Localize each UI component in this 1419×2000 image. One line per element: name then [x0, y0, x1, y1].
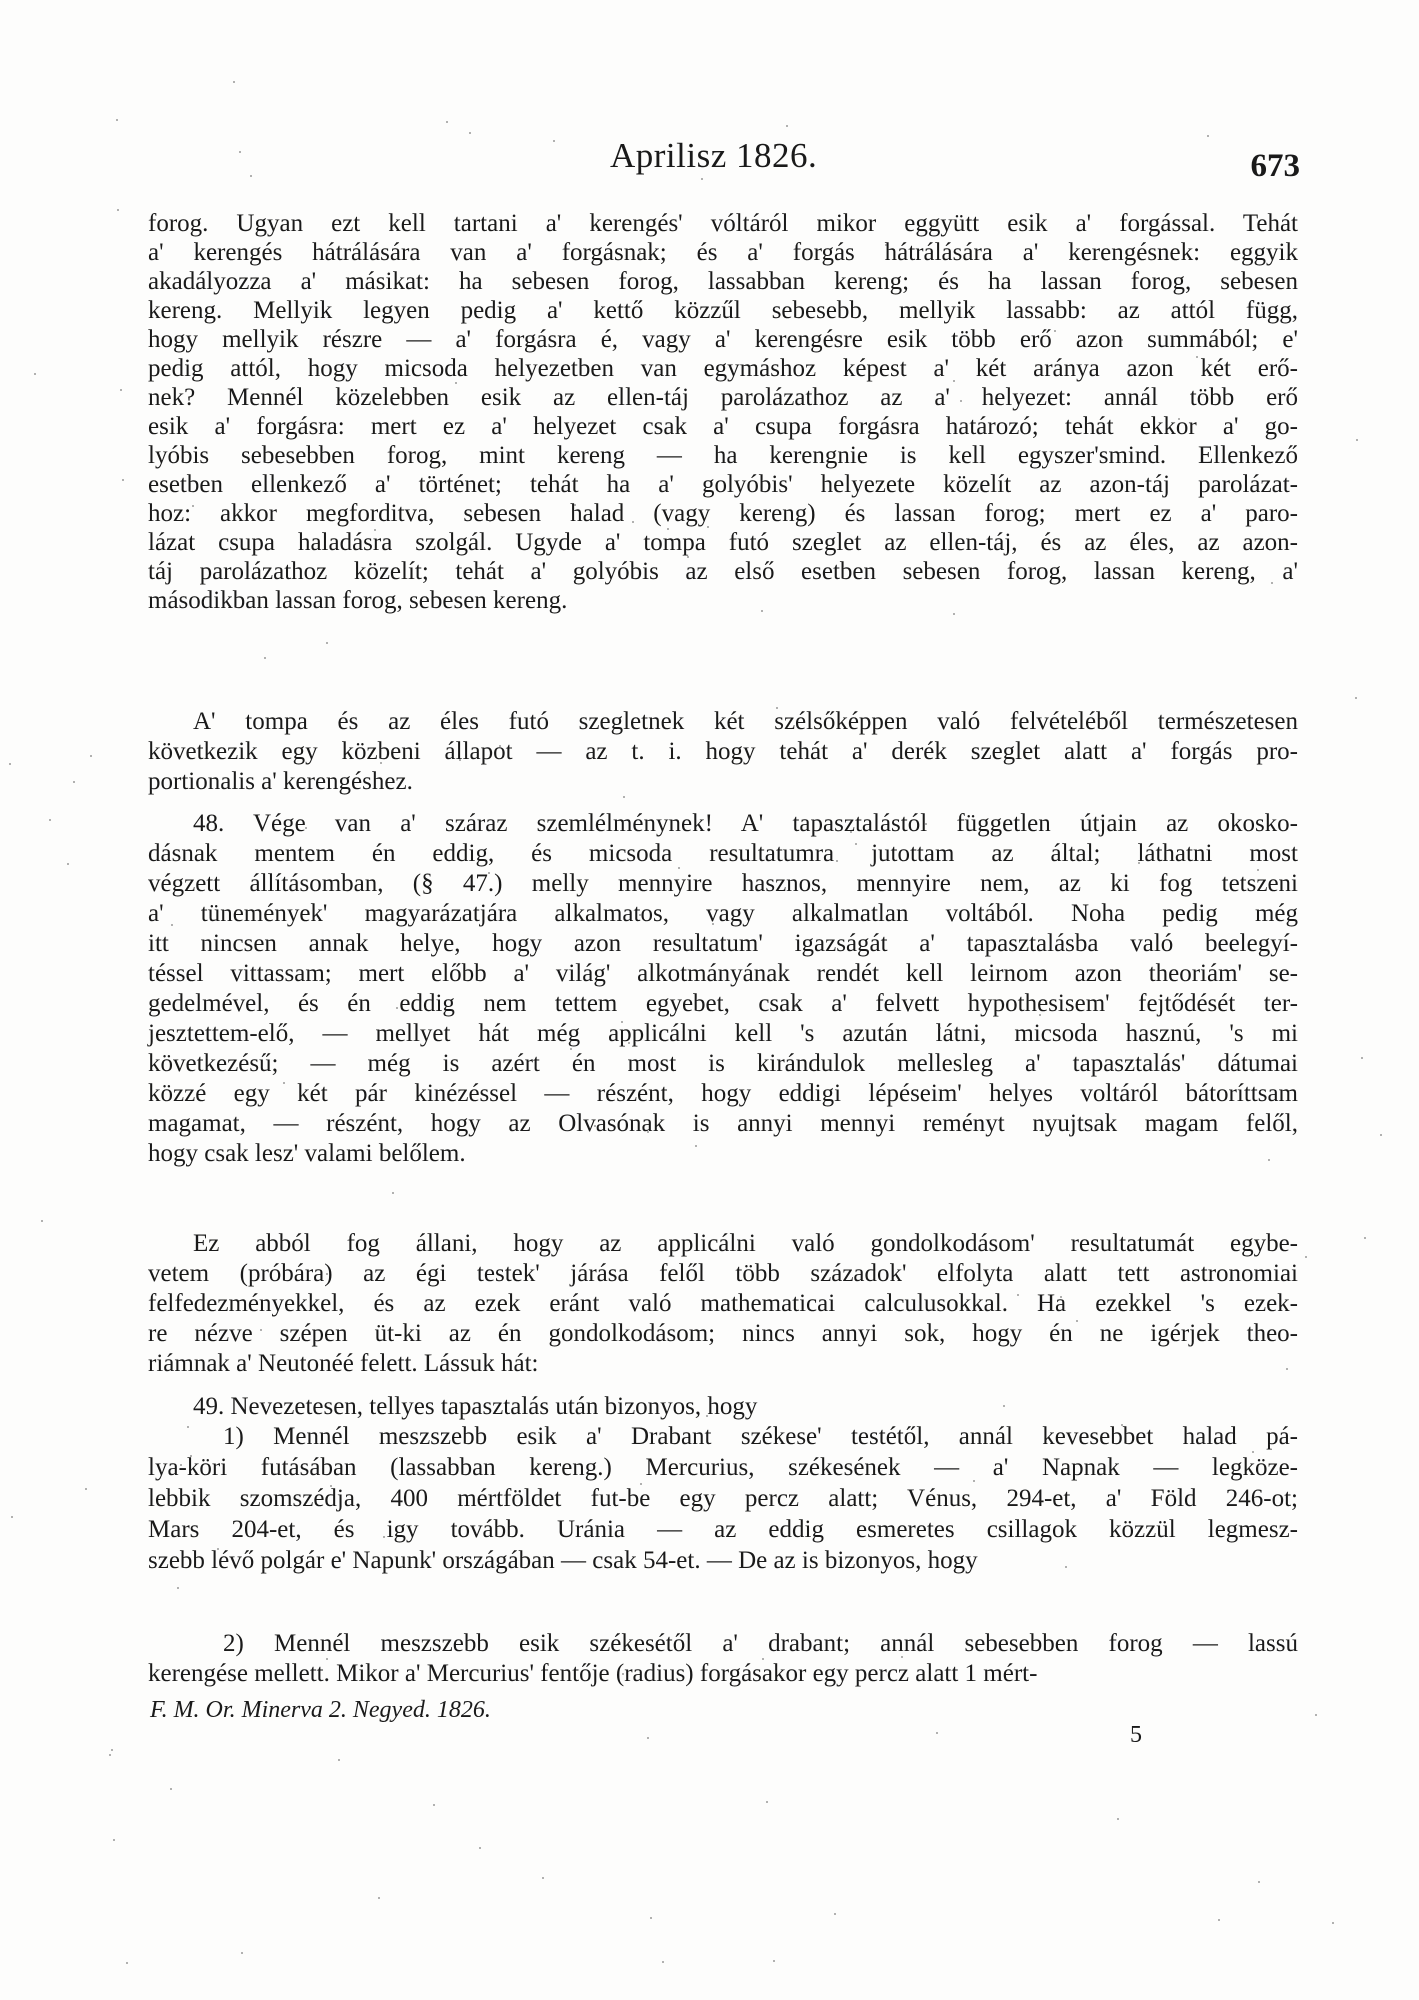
text-line: lázat csupa haladásra szolgál. Ugyde a' … [148, 529, 1298, 557]
scan-speck [707, 526, 709, 528]
scan-speck [489, 520, 491, 522]
text-line: vetem (próbára) az égi testek' járása fe… [148, 1260, 1298, 1288]
text-line: esik a' forgásra: mert ez a' helyezet cs… [148, 413, 1298, 441]
scan-speck [776, 707, 778, 709]
text-line: lya-köri futásában (lassabban kereng.) M… [148, 1454, 1298, 1482]
scan-speck [378, 1897, 380, 1899]
scan-speck [795, 1005, 797, 1007]
scan-speck [1121, 1424, 1123, 1426]
text-line: 48. Vége van a' száraz szemlélménynek! A… [148, 810, 1298, 838]
scan-speck [687, 556, 689, 558]
scan-speck [479, 1847, 481, 1849]
scan-speck [170, 1788, 172, 1790]
scan-speck [960, 400, 962, 402]
scan-speck [187, 1426, 189, 1428]
scan-speck [374, 529, 376, 531]
text-line: a' kerengés hátrálására van a' forgásnak… [148, 239, 1298, 267]
scan-speck [1257, 869, 1259, 871]
signature-mark: 5 [1130, 1722, 1142, 1749]
scan-speck [171, 924, 173, 926]
scan-speck [180, 1464, 182, 1466]
scan-speck [701, 178, 703, 180]
scan-speck [1076, 1320, 1078, 1322]
scan-speck [1380, 1134, 1382, 1136]
scan-speck [712, 923, 714, 925]
text-line: forog. Ugyan ezt kell tartani a' kerengé… [148, 210, 1298, 238]
scan-speck [241, 1952, 243, 1954]
scan-speck [761, 610, 763, 612]
scan-speck [1286, 1368, 1288, 1370]
scan-speck [1355, 697, 1357, 699]
text-line: másodikban lassan forog, sebesen kereng. [148, 587, 1298, 615]
scan-speck [1178, 418, 1180, 420]
text-line: kereng. Mellyik legyen pedig a' kettő kö… [148, 297, 1298, 325]
scan-speck [1315, 1714, 1317, 1716]
scan-speck [953, 380, 955, 382]
scan-speck [111, 1749, 113, 1751]
text-line: téssel vittassam; mert előbb a' világ' a… [148, 960, 1298, 988]
scan-speck [973, 1480, 975, 1482]
scan-speck [239, 151, 241, 153]
scan-speck [1121, 339, 1123, 341]
scan-speck [1356, 439, 1358, 441]
scan-speck [90, 755, 92, 757]
text-line: végzett állításomban, (§ 47.) melly menn… [148, 870, 1298, 898]
scan-speck [850, 831, 852, 833]
scan-speck [1252, 1451, 1254, 1453]
scan-speck [678, 867, 680, 869]
text-line: kerengése mellett. Mikor a' Mercurius' f… [148, 1660, 1298, 1688]
scan-speck [786, 125, 788, 127]
scan-speck [1117, 1818, 1119, 1820]
scan-speck [647, 1131, 649, 1133]
scan-speck [1039, 1014, 1041, 1016]
scan-speck [163, 543, 165, 545]
scan-speck [1017, 1294, 1019, 1296]
text-line: felfedezményekkel, és az ezek eránt való… [148, 1290, 1298, 1318]
scan-speck [632, 521, 634, 523]
text-line: hogy csak lesz' valami belőlem. [148, 1140, 1298, 1168]
scan-speck [396, 1007, 398, 1009]
scan-speck [647, 1737, 649, 1739]
scan-speck [283, 1082, 285, 1084]
scan-speck [831, 918, 833, 920]
scan-speck [553, 140, 555, 142]
text-line: lyóbis sebesebben forog, mint kereng — h… [148, 442, 1298, 470]
text-line: A' tompa és az éles futó szegletnek két … [148, 708, 1298, 736]
text-line: akadályozza a' másikat: ha sebesen forog… [148, 268, 1298, 296]
scan-speck [667, 528, 669, 530]
scan-speck [177, 1587, 179, 1589]
scan-speck [624, 223, 626, 225]
scan-speck [622, 1673, 624, 1675]
scan-speck [1258, 1881, 1260, 1883]
scan-speck [250, 175, 252, 177]
scan-speck [488, 872, 490, 874]
scan-speck [953, 613, 955, 615]
scan-speck [326, 1273, 328, 1275]
text-line: itt nincsen annak helye, hogy azon resul… [148, 930, 1298, 958]
text-line: portionalis a' kerengéshez. [148, 768, 1298, 796]
scan-speck [1277, 279, 1279, 281]
scan-speck [1138, 862, 1140, 864]
text-line: Mars 204-et, és igy tovább. Uránia — az … [148, 1516, 1298, 1544]
scan-speck [1054, 330, 1056, 332]
scan-speck [885, 244, 887, 246]
text-line: hogy mellyik részre — a' forgásra é, vag… [148, 326, 1298, 354]
scan-speck [1060, 1296, 1062, 1298]
scan-speck [380, 762, 382, 764]
scan-speck [1364, 1237, 1366, 1239]
text-line: 49. Nevezetesen, tellyes tapasztalás utá… [148, 1393, 1298, 1421]
scan-speck [126, 1962, 128, 1964]
text-line: esetben ellenkező a' történet; tehát ha … [148, 471, 1298, 499]
scan-speck [326, 1658, 328, 1660]
scan-speck [338, 1759, 340, 1761]
scan-speck [49, 819, 51, 821]
scanned-page: Aprilisz 1826. 673 forog. Ugyan ezt kell… [0, 0, 1419, 2000]
scan-speck [574, 504, 576, 506]
scan-speck [936, 1732, 938, 1734]
text-line: nek? Mennél közelebben esik az ellen-táj… [148, 384, 1298, 412]
scan-speck [1271, 582, 1273, 584]
scan-speck [695, 1145, 697, 1147]
scan-speck [1361, 1057, 1363, 1059]
running-title: Aprilisz 1826. [610, 136, 817, 176]
scan-speck [542, 1877, 544, 1879]
scan-speck [1268, 1159, 1270, 1161]
scan-speck [330, 1485, 332, 1487]
scan-speck [623, 796, 625, 798]
scan-speck [1332, 1922, 1334, 1924]
scan-speck [594, 1125, 596, 1127]
scan-speck [433, 1804, 435, 1806]
scan-speck [662, 1961, 664, 1963]
scan-speck [455, 382, 457, 384]
scan-speck [650, 1917, 652, 1919]
scan-speck [966, 1309, 968, 1311]
text-line: pedig attól, hogy micsoda helyezetben va… [148, 355, 1298, 383]
scan-speck [570, 1048, 572, 1050]
text-line: Ez abból fog állani, hogy az applicálni … [148, 1230, 1298, 1258]
scan-speck [41, 1220, 43, 1222]
scan-speck [192, 505, 194, 507]
scan-speck [901, 1656, 903, 1658]
scan-speck [459, 759, 461, 761]
scan-speck [932, 225, 934, 227]
scan-speck [109, 1754, 111, 1756]
scan-speck [766, 1801, 768, 1803]
scan-speck [1065, 1566, 1067, 1568]
scan-speck [1218, 1919, 1220, 1921]
scan-speck [190, 1455, 192, 1457]
scan-speck [572, 287, 574, 289]
scan-speck [116, 119, 118, 121]
page-header: Aprilisz 1826. 673 [150, 132, 1300, 192]
scan-speck [73, 781, 75, 783]
text-line: lebbik szomszédja, 400 mértföldet fut-be… [148, 1485, 1298, 1513]
scan-speck [469, 132, 471, 134]
scan-speck [939, 1027, 941, 1029]
text-line: 2) Mennél meszszebb esik székesétől a' d… [148, 1630, 1298, 1658]
text-line: jesztettem-elő, — mellyet hát még applic… [148, 1020, 1298, 1048]
scan-speck [1305, 1256, 1307, 1258]
text-line: riámnak a' Neutonéé felett. Lássuk hát: [148, 1350, 1298, 1378]
page-number: 673 [1251, 148, 1301, 185]
text-line: következésű; — még is azért én most is k… [148, 1050, 1298, 1078]
text-line: szebb lévő polgár e' Napunk' országában … [148, 1547, 1298, 1575]
scan-speck [834, 1913, 836, 1915]
text-line: a' tünemények' magyarázatjára alkalmatos… [148, 900, 1298, 928]
text-line: táj parolázathoz közelít; tehát a' golyó… [148, 558, 1298, 586]
scan-speck [473, 717, 475, 719]
scan-speck [446, 121, 448, 123]
text-line: re nézve szépen üt-ki az én gondolkodáso… [148, 1320, 1298, 1348]
scan-speck [85, 1488, 87, 1490]
scan-speck [706, 1415, 708, 1417]
text-line: hoz: akkor megforditva, sebesen halad (v… [148, 500, 1298, 528]
scan-speck [773, 1960, 775, 1962]
scan-speck [1207, 135, 1209, 137]
scan-speck [639, 914, 641, 916]
scan-speck [836, 860, 838, 862]
scan-speck [383, 1536, 385, 1538]
scan-speck [1196, 356, 1198, 358]
text-line: dásnak mentem én eddig, és micsoda resul… [148, 840, 1298, 868]
scan-speck [122, 479, 124, 481]
scan-speck [499, 745, 501, 747]
scan-speck [855, 843, 857, 845]
scan-speck [113, 1839, 115, 1841]
text-line: gedelmével, és én eddig nem tettem egyeb… [148, 990, 1298, 1018]
scan-speck [264, 657, 266, 659]
scan-speck [34, 373, 36, 375]
text-line: 1) Mennél meszszebb esik a' Drabant szék… [148, 1423, 1298, 1451]
scan-speck [67, 863, 69, 865]
scan-speck [260, 1329, 262, 1331]
scan-speck [749, 880, 751, 882]
scan-speck [233, 81, 235, 83]
scan-speck [120, 389, 122, 391]
scan-speck [11, 1516, 13, 1518]
scan-speck [639, 251, 641, 253]
scan-speck [1003, 1405, 1005, 1407]
scan-speck [9, 763, 11, 765]
scan-speck [392, 1192, 394, 1194]
scan-speck [925, 823, 927, 825]
text-line: magamat, — részént, hogy az Olvasónak is… [148, 1110, 1298, 1138]
scan-speck [326, 642, 328, 644]
scan-speck [640, 1483, 642, 1485]
scan-speck [934, 372, 936, 374]
scan-speck [628, 1042, 630, 1044]
text-line: közzé egy két pár kinézéssel — részént, … [148, 1080, 1298, 1108]
scan-speck [762, 1658, 764, 1660]
text-line: következik egy közbeni állapot — az t. i… [148, 738, 1298, 766]
scan-speck [403, 1564, 405, 1566]
scan-speck [117, 209, 119, 211]
scan-speck [833, 971, 835, 973]
footer-signature: F. M. Or. Minerva 2. Negyed. 1826. [150, 1697, 491, 1724]
scan-speck [621, 1021, 623, 1023]
scan-speck [217, 1548, 219, 1550]
scan-speck [391, 750, 393, 752]
scan-speck [305, 827, 307, 829]
